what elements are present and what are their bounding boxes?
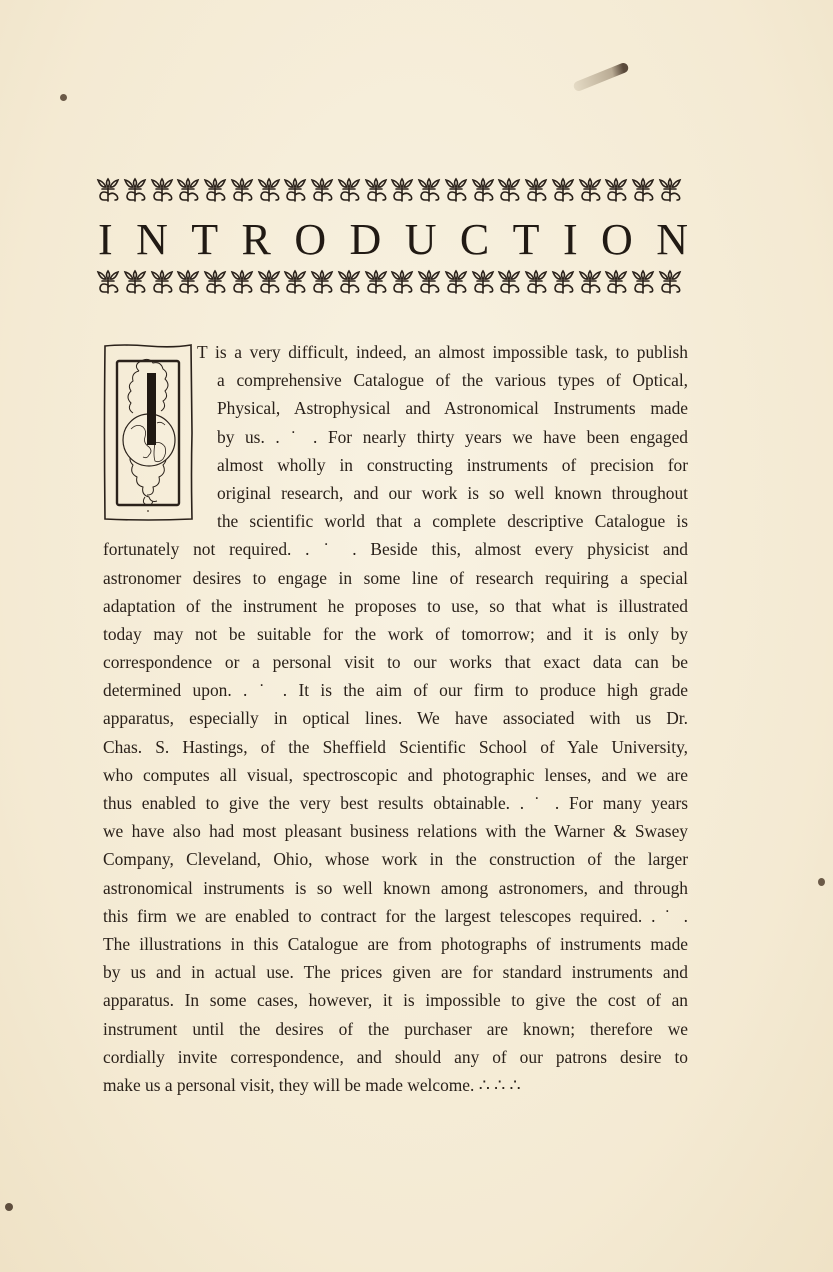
paragraph-line: Physical, Astrophysical and Astronomical… bbox=[103, 394, 688, 422]
paragraph-line: by us and in actual use. The prices give… bbox=[103, 958, 688, 986]
lotus-ornament-icon bbox=[364, 177, 388, 203]
paragraph-line: The illustrations in this Catalogue are … bbox=[103, 930, 688, 958]
lotus-ornament-icon bbox=[524, 269, 548, 295]
lotus-ornament-icon bbox=[471, 269, 495, 295]
lotus-ornament-icon bbox=[176, 177, 200, 203]
paragraph-line: who computes all visual, spectroscopic a… bbox=[103, 761, 688, 789]
lotus-ornament-icon bbox=[257, 177, 281, 203]
title-letter: T bbox=[191, 214, 218, 265]
title-letter: O bbox=[294, 214, 326, 265]
paragraph-line: by us. . ˙ . For nearly thirty years we … bbox=[103, 423, 688, 451]
lotus-ornament-icon bbox=[631, 269, 655, 295]
paper-hole-mark bbox=[818, 878, 825, 886]
paragraph-line: apparatus, especially in optical lines. … bbox=[103, 704, 688, 732]
paragraph-line: T is a very difficult, indeed, an almost… bbox=[103, 338, 688, 366]
title-letter: U bbox=[405, 214, 437, 265]
lotus-ornament-icon bbox=[230, 269, 254, 295]
lotus-ornament-icon bbox=[578, 269, 602, 295]
page-title: I N T R O D U C T I O N bbox=[98, 214, 688, 264]
lotus-ornament-icon bbox=[150, 269, 174, 295]
ornament-border-bottom bbox=[96, 268, 682, 296]
lotus-ornament-icon bbox=[364, 269, 388, 295]
title-letter: T bbox=[513, 214, 540, 265]
lotus-ornament-icon bbox=[123, 177, 147, 203]
paragraph-line: astronomical instruments is so well know… bbox=[103, 874, 688, 902]
lotus-ornament-icon bbox=[203, 269, 227, 295]
lotus-ornament-icon bbox=[230, 177, 254, 203]
paragraph-line: we have also had most pleasant business … bbox=[103, 817, 688, 845]
paragraph-line: today may not be suitable for the work o… bbox=[103, 620, 688, 648]
lotus-ornament-icon bbox=[203, 177, 227, 203]
lotus-ornament-icon bbox=[604, 177, 628, 203]
lotus-ornament-icon bbox=[497, 269, 521, 295]
lotus-ornament-icon bbox=[658, 269, 682, 295]
lotus-ornament-icon bbox=[444, 269, 468, 295]
lotus-ornament-icon bbox=[150, 177, 174, 203]
paragraph-line: Chas. S. Hastings, of the Sheffield Scie… bbox=[103, 733, 688, 761]
lotus-ornament-icon bbox=[604, 269, 628, 295]
lotus-ornament-icon bbox=[551, 177, 575, 203]
paper-hole-mark bbox=[5, 1203, 13, 1211]
paragraph-line: adaptation of the instrument he proposes… bbox=[103, 592, 688, 620]
paragraph-line: thus enabled to give the very best resul… bbox=[103, 789, 688, 817]
lotus-ornament-icon bbox=[578, 177, 602, 203]
introduction-paragraph: T is a very difficult, indeed, an almost… bbox=[103, 338, 688, 1099]
paragraph-line: fortunately not required. . ˙ . Beside t… bbox=[103, 535, 688, 563]
lotus-ornament-icon bbox=[390, 269, 414, 295]
paragraph-line: original research, and our work is so we… bbox=[103, 479, 688, 507]
paragraph-line: Company, Cleveland, Ohio, whose work in … bbox=[103, 845, 688, 873]
paragraph-line: cordially invite correspondence, and sho… bbox=[103, 1043, 688, 1071]
paragraph-line: make us a personal visit, they will be m… bbox=[103, 1071, 688, 1099]
lotus-ornament-icon bbox=[631, 177, 655, 203]
title-letter: R bbox=[242, 214, 271, 265]
title-letter: D bbox=[350, 214, 382, 265]
title-letter: N bbox=[656, 214, 688, 265]
paragraph-line: almost wholly in constructing instrument… bbox=[103, 451, 688, 479]
lotus-ornament-icon bbox=[176, 269, 200, 295]
lotus-ornament-icon bbox=[310, 177, 334, 203]
lotus-ornament-icon bbox=[310, 269, 334, 295]
lotus-ornament-icon bbox=[337, 177, 361, 203]
lotus-ornament-icon bbox=[96, 177, 120, 203]
catalogue-page: I N T R O D U C T I O N bbox=[0, 0, 833, 1272]
lotus-ornament-icon bbox=[417, 177, 441, 203]
ornament-border-top bbox=[96, 176, 682, 204]
lotus-ornament-icon bbox=[96, 269, 120, 295]
lotus-ornament-icon bbox=[417, 269, 441, 295]
paragraph-line: instrument until the desires of the purc… bbox=[103, 1015, 688, 1043]
lotus-ornament-icon bbox=[283, 177, 307, 203]
paragraph-line: astronomer desires to engage in some lin… bbox=[103, 564, 688, 592]
title-letter: C bbox=[460, 214, 489, 265]
paragraph-line: a comprehensive Catalogue of the various… bbox=[103, 366, 688, 394]
paper-hole-mark bbox=[60, 94, 67, 101]
paragraph-line: this firm we are enabled to contract for… bbox=[103, 902, 688, 930]
lotus-ornament-icon bbox=[283, 269, 307, 295]
lotus-ornament-icon bbox=[551, 269, 575, 295]
title-letter: I bbox=[563, 214, 578, 265]
lotus-ornament-icon bbox=[471, 177, 495, 203]
lotus-ornament-icon bbox=[497, 177, 521, 203]
paragraph-line: correspondence or a personal visit to ou… bbox=[103, 648, 688, 676]
paragraph-line: apparatus. In some cases, however, it is… bbox=[103, 986, 688, 1014]
title-letter: N bbox=[136, 214, 168, 265]
lotus-ornament-icon bbox=[658, 177, 682, 203]
lotus-ornament-icon bbox=[390, 177, 414, 203]
lotus-ornament-icon bbox=[337, 269, 361, 295]
paragraph-line: the scientific world that a complete des… bbox=[103, 507, 688, 535]
title-letter: I bbox=[98, 214, 113, 265]
paper-scratch-mark bbox=[572, 62, 630, 93]
lotus-ornament-icon bbox=[524, 177, 548, 203]
title-letter: O bbox=[601, 214, 633, 265]
paragraph-line: determined upon. . ˙ . It is the aim of … bbox=[103, 676, 688, 704]
lotus-ornament-icon bbox=[257, 269, 281, 295]
lotus-ornament-icon bbox=[123, 269, 147, 295]
lotus-ornament-icon bbox=[444, 177, 468, 203]
